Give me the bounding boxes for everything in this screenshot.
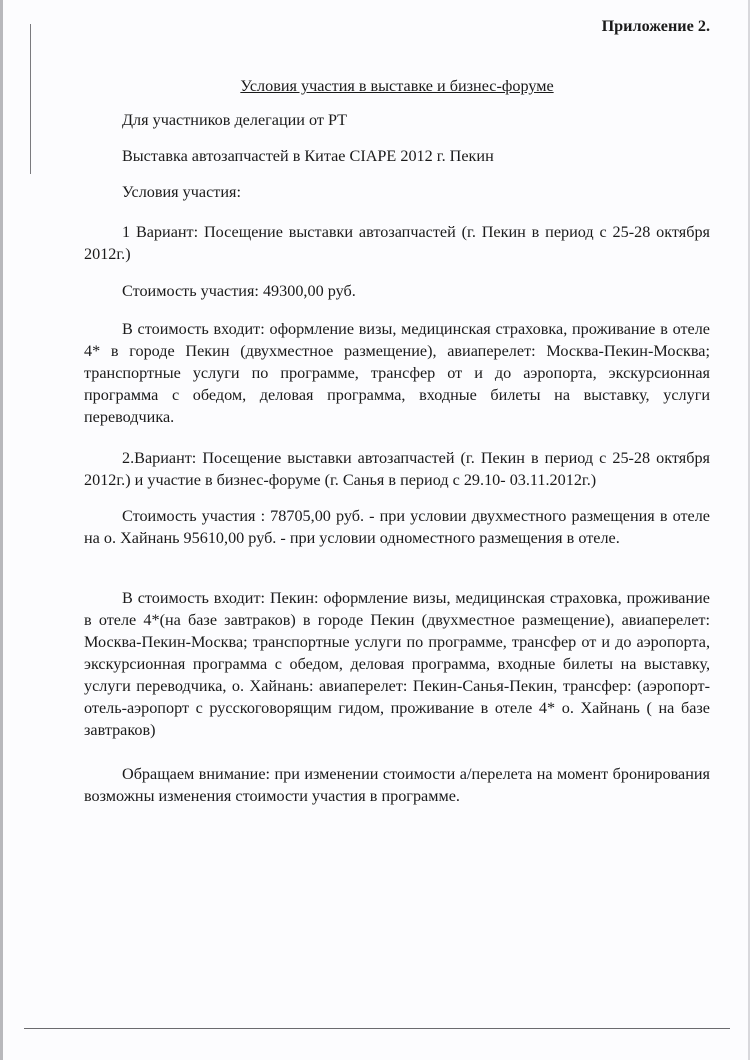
appendix-label: Приложение 2.	[602, 15, 710, 37]
variant2-includes: В стоимость входит: Пекин: оформление ви…	[84, 587, 710, 741]
variant1-description: 1 Вариант: Посещение выставки автозапчас…	[84, 221, 710, 265]
scan-left-edge	[0, 0, 3, 1060]
variant2-cost: Стоимость участия : 78705,00 руб. - при …	[84, 505, 710, 549]
conditions-heading: Условия участия:	[122, 181, 241, 203]
margin-mark	[30, 24, 31, 174]
variant1-cost: Стоимость участия: 49300,00 руб.	[84, 280, 710, 302]
variant2-description: 2.Вариант: Посещение выставки автозапчас…	[84, 447, 710, 491]
event-line: Выставка автозапчастей в Китае CIAPE 201…	[122, 145, 494, 167]
scanned-page: Приложение 2. Условия участия в выставке…	[0, 0, 750, 1060]
bottom-rule	[24, 1028, 730, 1029]
variant1-includes: В стоимость входит: оформление визы, мед…	[84, 318, 710, 428]
document-title: Условия участия в выставке и бизнес-фору…	[84, 75, 710, 97]
pricing-note: Обращаем внимание: при изменении стоимос…	[84, 763, 710, 807]
audience-line: Для участников делегации от РТ	[122, 109, 347, 131]
